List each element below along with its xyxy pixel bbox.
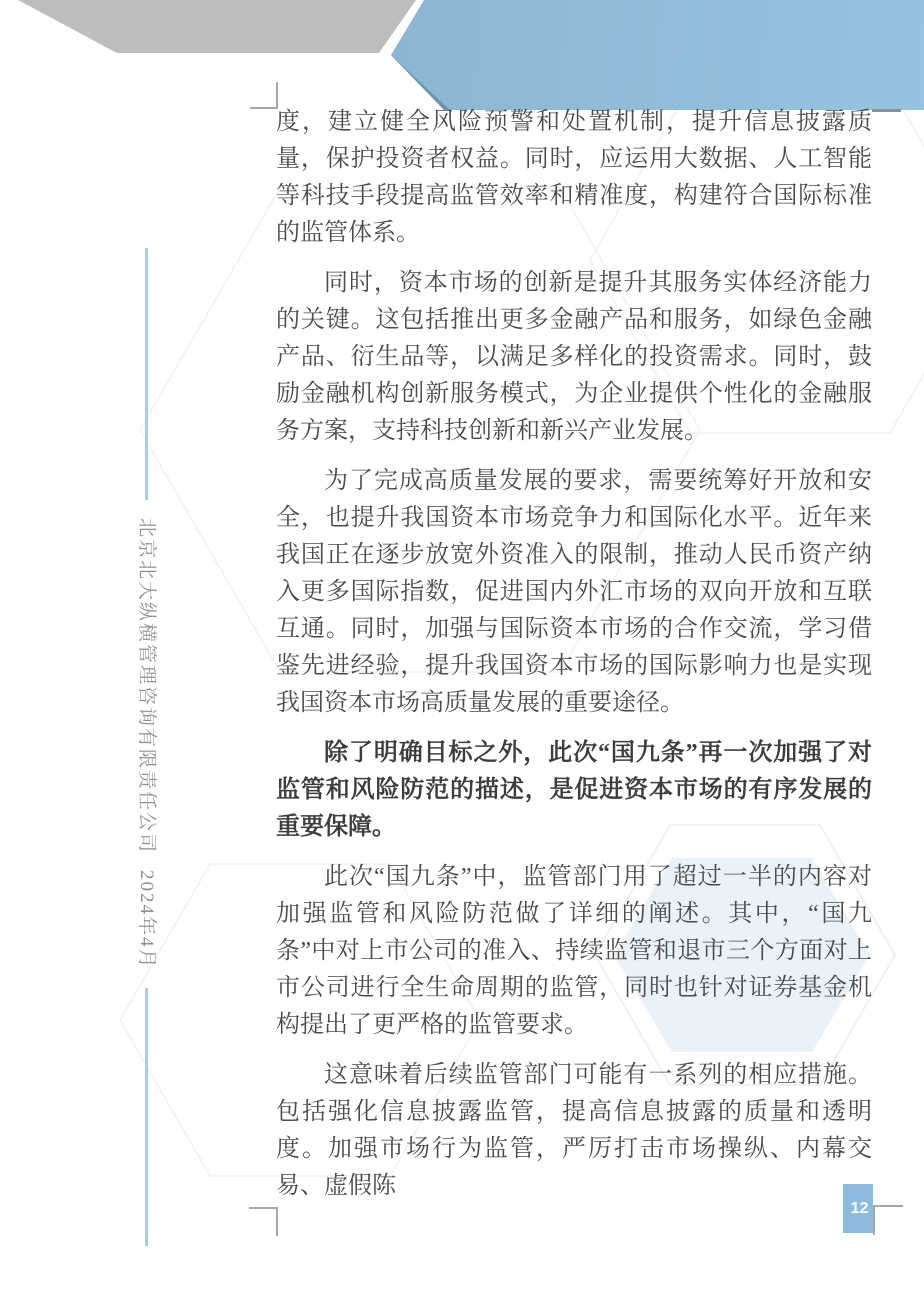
document-page: 北京北大纵横管理咨询有限责任公司 2024年4月 度，建立健全风险预警和处置机制… [0,0,924,1316]
text-boundary-mark-bottom-right [873,1205,903,1235]
paragraph: 度，建立健全风险预警和处置机制，提升信息披露质量，保护投资者权益。同时，应运用大… [276,104,872,252]
sidebar-company-name: 北京北大纵横管理咨询有限责任公司 [135,518,162,850]
body-text: 度，建立健全风险预警和处置机制，提升信息披露质量，保护投资者权益。同时，应运用大… [276,104,872,1205]
paragraph: 这意味着后续监管部门可能有一系列的相应措施。包括强化信息披露监管，提高信息披露的… [276,1057,872,1205]
paragraph: 除了明确目标之外，此次“国九条”再一次加强了对监管和风险防范的描述，是促进资本市… [276,735,872,846]
sidebar-date: 2024年4月 [135,870,162,980]
text-boundary-mark-top-right [872,109,901,112]
sidebar-accent-line-bottom [145,988,148,1246]
sidebar-accent-line-top [145,248,148,500]
paragraph: 为了完成高质量发展的要求，需要统筹好开放和安全，也提升我国资本市场竞争力和国际化… [276,463,872,722]
text-boundary-mark-bottom-left [249,1207,278,1236]
text-boundary-mark-top-left [250,82,278,109]
paragraph: 同时，资本市场的创新是提升其服务实体经济能力的关键。这包括推出更多金融产品和服务… [276,265,872,450]
paragraph: 此次“国九条”中，监管部门用了超过一半的内容对加强监管和风险防范做了详细的阐述。… [276,859,872,1044]
page-number-badge: 12 [843,1184,873,1233]
